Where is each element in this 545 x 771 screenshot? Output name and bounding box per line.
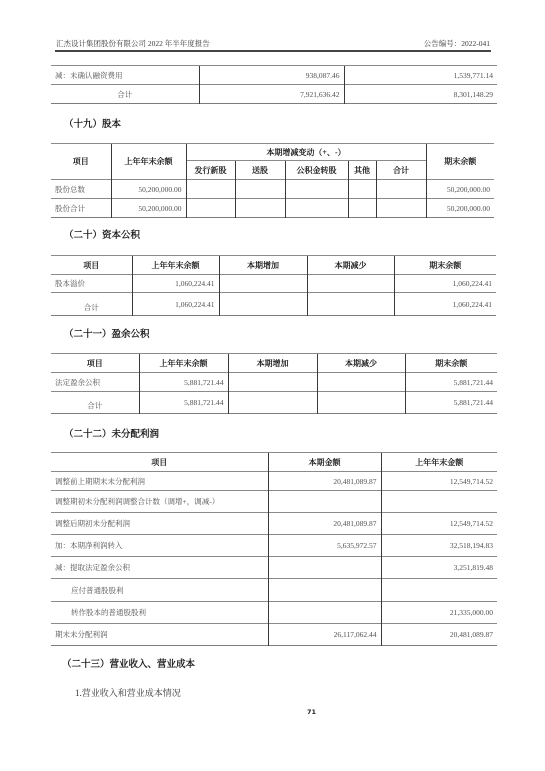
undistributed-profit-table: 项目 本期金额 上年年末金额 调整前上期期末未分配利润 20,481,089.8…	[51, 452, 497, 646]
table-row: 调整后期初未分配利润 20,481,089.87 12,549,714.52	[51, 513, 497, 535]
row-item: 期末未分配利润	[51, 624, 268, 646]
current-amount	[268, 491, 381, 513]
col-header-item: 项目	[51, 453, 268, 472]
col-header-closing: 期末余额	[394, 256, 496, 275]
prior-amount	[381, 491, 497, 513]
table-row: 股本溢价 1,060,224.41 1,060,224.41	[51, 275, 496, 293]
increase	[219, 293, 307, 316]
table-row-total: 合计 5,881,721.44 5,881,721.44	[51, 392, 497, 414]
table-row: 法定盈余公积 5,881,721.44 5,881,721.44	[51, 373, 497, 392]
row-item: 应付普通股股利	[51, 579, 268, 602]
table-row: 股份总数 50,200,000.00 50,200,000.00	[51, 180, 494, 199]
col-header-prior: 上年年末金额	[381, 453, 497, 472]
surplus-reserve-table: 项目 上年年末余额 本期增加 本期减少 期末余额 法定盈余公积 5,881,72…	[51, 353, 497, 414]
section-title-revenue: （二十三）营业收入、营业成本	[62, 659, 195, 671]
table-row: 减：提取法定盈余公积 3,251,819.48	[51, 557, 497, 579]
header-row: 项目 上年年末余额 本期增加 本期减少 期末余额	[51, 256, 496, 275]
col-header-reserve-transfer: 公积金转股	[285, 161, 348, 180]
row-item: 合计	[51, 293, 132, 316]
current-amount	[268, 579, 381, 602]
prior-amount: 8,301,148.29	[344, 85, 497, 104]
row-item: 加：本期净利润转入	[51, 535, 268, 557]
decrease	[307, 293, 394, 316]
col-header-item: 项目	[51, 144, 111, 180]
increase	[219, 275, 307, 293]
closing-balance: 50,200,000.00	[426, 199, 494, 218]
reserve-transfer	[285, 180, 348, 199]
prior-amount: 20,481,089.87	[381, 624, 497, 646]
current-amount: 20,481,089.87	[268, 513, 381, 535]
col-header-increase: 本期增加	[219, 256, 307, 275]
current-amount: 938,087.46	[199, 66, 344, 85]
increase	[228, 392, 317, 414]
capital-reserve-table: 项目 上年年末余额 本期增加 本期减少 期末余额 股本溢价 1,060,224.…	[51, 255, 496, 316]
table-row: 转作股本的普通股股利 21,335,000.00	[51, 602, 497, 624]
closing-balance: 50,200,000.00	[426, 180, 494, 199]
prior-amount: 12,549,714.52	[381, 472, 497, 491]
current-amount: 7,921,636.42	[199, 85, 344, 104]
closing-balance: 5,881,721.44	[405, 373, 497, 392]
section-title-capital-reserve: （二十）资本公积	[64, 230, 140, 242]
opening-balance: 50,200,000.00	[111, 199, 186, 218]
table-row: 应付普通股股利	[51, 579, 497, 602]
closing-balance: 1,060,224.41	[394, 275, 496, 293]
opening-balance: 1,060,224.41	[132, 275, 219, 293]
table-row: 调整前上期期末未分配利润 20,481,089.87 12,549,714.52	[51, 472, 497, 491]
header-row: 项目 上年年末余额 本期增加 本期减少 期末余额	[51, 354, 497, 373]
row-item: 调整后期初未分配利润	[51, 513, 268, 535]
col-header-opening: 上年年末余额	[111, 144, 186, 180]
current-amount: 5,635,972.57	[268, 535, 381, 557]
table-row-total: 合计 1,060,224.41 1,060,224.41	[51, 293, 496, 316]
prior-amount: 12,549,714.52	[381, 513, 497, 535]
row-item: 合计	[51, 85, 199, 104]
prior-amount	[381, 579, 497, 602]
col-header-decrease: 本期减少	[307, 256, 394, 275]
decrease	[317, 392, 405, 414]
opening-balance: 5,881,721.44	[139, 392, 228, 414]
other	[348, 180, 376, 199]
header-divider	[55, 50, 491, 52]
prior-amount: 1,539,771.14	[344, 66, 497, 85]
subsection-title-revenue-cost: 1.营业收入和营业成本情况	[75, 687, 181, 699]
col-header-closing: 期末余额	[426, 144, 494, 180]
decrease	[307, 275, 394, 293]
section-title-surplus-reserve: （二十一）盈余公积	[64, 329, 150, 341]
closing-balance: 1,060,224.41	[394, 293, 496, 316]
col-header-current: 本期金额	[268, 453, 381, 472]
header-row: 项目 本期金额 上年年末金额	[51, 453, 497, 472]
row-item: 股份总数	[51, 180, 111, 199]
lease-liability-table: 减：未确认融资费用 938,087.46 1,539,771.14 合计 7,9…	[51, 65, 497, 104]
table-row-total: 股份合计 50,200,000.00 50,200,000.00	[51, 199, 494, 218]
section-title-undistributed-profit: （二十二）未分配利润	[64, 429, 159, 441]
current-amount	[268, 557, 381, 579]
increase	[228, 373, 317, 392]
table-row: 调整期初未分配利润调整合计数（调增+，调减-）	[51, 491, 497, 513]
row-item: 法定盈余公积	[51, 373, 139, 392]
opening-balance: 50,200,000.00	[111, 180, 186, 199]
row-item: 减：提取法定盈余公积	[51, 557, 268, 579]
bonus	[235, 180, 285, 199]
announcement-number: 公告编号：2022-041	[424, 39, 490, 49]
page-number: 71	[307, 708, 316, 716]
new-issue	[186, 199, 235, 218]
new-issue	[186, 180, 235, 199]
prior-amount: 21,335,000.00	[381, 602, 497, 624]
prior-amount: 3,251,819.48	[381, 557, 497, 579]
col-header-change-group: 本期增减变动（+、-）	[186, 144, 426, 161]
row-item: 转作股本的普通股股利	[51, 602, 268, 624]
report-title: 汇杰设计集团股份有限公司 2022 年半年度报告	[56, 39, 210, 49]
other	[348, 199, 376, 218]
table-row-total: 期末未分配利润 26,117,062.44 20,481,089.87	[51, 624, 497, 646]
col-header-other: 其他	[348, 161, 376, 180]
row-item: 调整前上期期末未分配利润	[51, 472, 268, 491]
row-item: 调整期初未分配利润调整合计数（调增+，调减-）	[51, 491, 268, 513]
col-header-subtotal: 合计	[376, 161, 426, 180]
prior-amount: 32,518,194.83	[381, 535, 497, 557]
col-header-item: 项目	[51, 354, 139, 373]
row-item: 合计	[51, 392, 139, 414]
current-amount	[268, 602, 381, 624]
col-header-decrease: 本期减少	[317, 354, 405, 373]
current-amount: 20,481,089.87	[268, 472, 381, 491]
reserve-transfer	[285, 199, 348, 218]
decrease	[317, 373, 405, 392]
row-item: 股本溢价	[51, 275, 132, 293]
col-header-item: 项目	[51, 256, 132, 275]
subtotal	[376, 180, 426, 199]
table-row-total: 合计 7,921,636.42 8,301,148.29	[51, 85, 497, 104]
table-row: 减：未确认融资费用 938,087.46 1,539,771.14	[51, 66, 497, 85]
col-header-opening: 上年年末余额	[132, 256, 219, 275]
bonus	[235, 199, 285, 218]
col-header-new-issue: 发行新股	[186, 161, 235, 180]
opening-balance: 1,060,224.41	[132, 293, 219, 316]
header-row: 项目 上年年末余额 本期增减变动（+、-） 期末余额	[51, 144, 494, 161]
col-header-bonus: 送股	[235, 161, 285, 180]
row-item: 减：未确认融资费用	[51, 66, 199, 85]
share-capital-table: 项目 上年年末余额 本期增减变动（+、-） 期末余额 发行新股 送股 公积金转股…	[51, 143, 494, 218]
table-row: 加：本期净利润转入 5,635,972.57 32,518,194.83	[51, 535, 497, 557]
current-amount: 26,117,062.44	[268, 624, 381, 646]
closing-balance: 5,881,721.44	[405, 392, 497, 414]
section-title-share-capital: （十九）股本	[64, 119, 121, 131]
subtotal	[376, 199, 426, 218]
opening-balance: 5,881,721.44	[139, 373, 228, 392]
col-header-increase: 本期增加	[228, 354, 317, 373]
col-header-closing: 期末余额	[405, 354, 497, 373]
col-header-opening: 上年年末余额	[139, 354, 228, 373]
row-item: 股份合计	[51, 199, 111, 218]
